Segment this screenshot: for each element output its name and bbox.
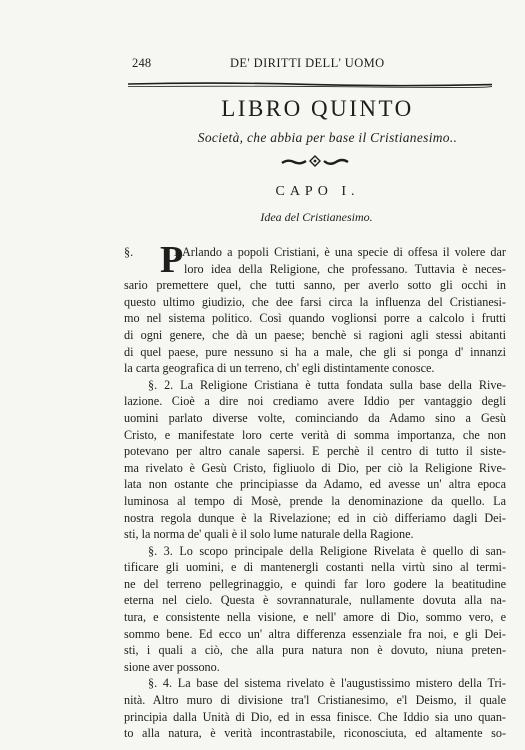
text-line: to alla natura, è verità incontrastabile… bbox=[124, 725, 506, 742]
text-line: di ogni genere, che dà un paese; benchè … bbox=[124, 327, 506, 344]
text-line: mo nel sistema politico. Così quando vog… bbox=[124, 310, 506, 327]
paragraph-2: §. 2. La Religione Cristiana è tutta fon… bbox=[124, 377, 506, 543]
body-text: §. 1.PArlando a popoli Cristiani, è una … bbox=[124, 244, 506, 742]
book-subtitle: Società, che abbia per base il Cristiane… bbox=[0, 130, 525, 146]
text-line: principia dalla Unità di Dio, ed in essa… bbox=[124, 709, 506, 726]
text-line: di quel paese, pure nessuno si ha a male… bbox=[124, 344, 506, 361]
text-line: luminosa al tempo di Mosè, prende la den… bbox=[124, 493, 506, 510]
text-line: tificare gli uomini, e di mantenergli co… bbox=[124, 559, 506, 576]
text-line: lazione. Cioè a dire noi crediamo avere … bbox=[124, 393, 506, 410]
text-line: ma rivelato è Gesù Cristo, figliuolo di … bbox=[124, 460, 506, 477]
paragraph-1: §. 1.PArlando a popoli Cristiani, è una … bbox=[124, 244, 506, 377]
text-line: §. 2. La Religione Cristiana è tutta fon… bbox=[124, 377, 506, 394]
chapter-title: Idea del Cristianesimo. bbox=[0, 210, 525, 225]
paragraph-3: §. 3. Lo scopo principale della Religion… bbox=[124, 543, 506, 676]
text-line: sti, i quali a ciò, che alla pura natura… bbox=[124, 642, 506, 659]
text-line: ne del terreno pellegrinaggio, e quindi … bbox=[124, 576, 506, 593]
text-line: potevano per altro canale sapersi. E per… bbox=[124, 443, 506, 460]
page-number: 248 bbox=[132, 56, 151, 71]
chapter-label: CAPO I. bbox=[0, 184, 525, 200]
book-title: LIBRO QUINTO bbox=[0, 96, 525, 122]
drop-cap: P bbox=[160, 242, 183, 278]
text-line: tura, e consistente nella visione, e nel… bbox=[124, 609, 506, 626]
text-line: nostra regola dunque è la Rivelazione; e… bbox=[124, 510, 506, 527]
text-line: §. 4. La base del sistema rivelato è l'a… bbox=[124, 675, 506, 692]
text-line: Cristo, e manifestate loro certe verità … bbox=[124, 427, 506, 444]
text-line: questo ultimo giudizio, che dee farsi ci… bbox=[124, 294, 506, 311]
paragraph-4: §. 4. La base del sistema rivelato è l'a… bbox=[124, 675, 506, 741]
text-line: §. 3. Lo scopo principale della Religion… bbox=[124, 543, 506, 560]
text-line: nità. Altro muro di divisione tra'l Cris… bbox=[124, 692, 506, 709]
text-line: sti, la norma de' quali è il solo lume n… bbox=[124, 526, 506, 543]
header-rule bbox=[128, 82, 492, 88]
text-line: sione aver possono. bbox=[124, 659, 506, 676]
book-page: 248 DE' DIRITTI DELL' UOMO LIBRO QUINTO … bbox=[0, 0, 525, 750]
text-line: §. 1.PArlando a popoli Cristiani, è una … bbox=[124, 244, 506, 261]
text-line: lata non ostante che principiasse da Ada… bbox=[124, 476, 506, 493]
text-line: uomini parlato diverse volte, cominciand… bbox=[124, 410, 506, 427]
text-line: sommo bene. Ed ecco un' altra differenza… bbox=[124, 626, 506, 643]
text-line: la carta geografica di un terreno, ch' e… bbox=[124, 360, 506, 377]
fleuron-ornament-icon bbox=[280, 155, 350, 169]
line-text: Arlando a popoli Cristiani, è una specie… bbox=[182, 245, 506, 259]
text-line: eterna nel cielo. Questa è sovrannatural… bbox=[124, 592, 506, 609]
running-title: DE' DIRITTI DELL' UOMO bbox=[230, 56, 385, 71]
